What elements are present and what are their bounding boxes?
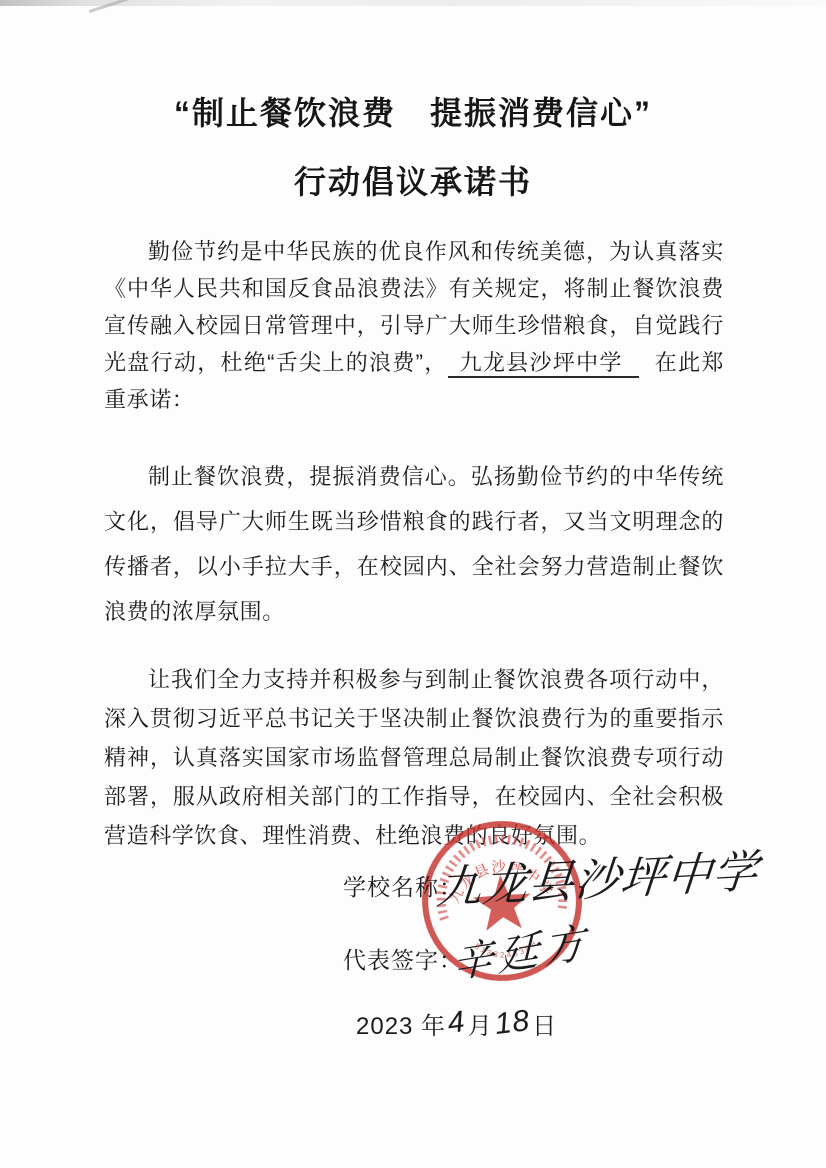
representative-signature-label: 代表签字：: [343, 942, 463, 975]
document-body: 勤俭节约是中华民族的优良作风和传统美德，为认真落实《中华人民共和国反食品浪费法》…: [104, 233, 724, 855]
date-month-unit: 月: [468, 1013, 493, 1040]
paragraph-1: 勤俭节约是中华民族的优良作风和传统美德，为认真落实《中华人民共和国反食品浪费法》…: [104, 233, 724, 418]
date-line: 2023 年4月18日: [356, 1006, 557, 1042]
paragraph-2: 制止餐饮浪费，提振消费信心。弘扬勤俭节约的中华传统文化，倡导广大师生既当珍惜粮食…: [104, 454, 724, 634]
handwritten-day-digits: 18: [493, 1004, 532, 1042]
date-year: 2023 年: [356, 1013, 446, 1040]
document-title-line-1: “制止餐饮浪费 提振消费信心”: [0, 88, 826, 134]
handwritten-month-digit: 4: [446, 1005, 468, 1041]
document-title-line-2: 行动倡议承诺书: [0, 157, 826, 203]
date-day-unit: 日: [532, 1013, 557, 1040]
scanned-document-page: “制止餐饮浪费 提振消费信心” 行动倡议承诺书 勤俭节约是中华民族的优良作风和传…: [0, 0, 826, 1168]
school-name-underlined: 九龙县沙坪中学: [448, 350, 639, 378]
